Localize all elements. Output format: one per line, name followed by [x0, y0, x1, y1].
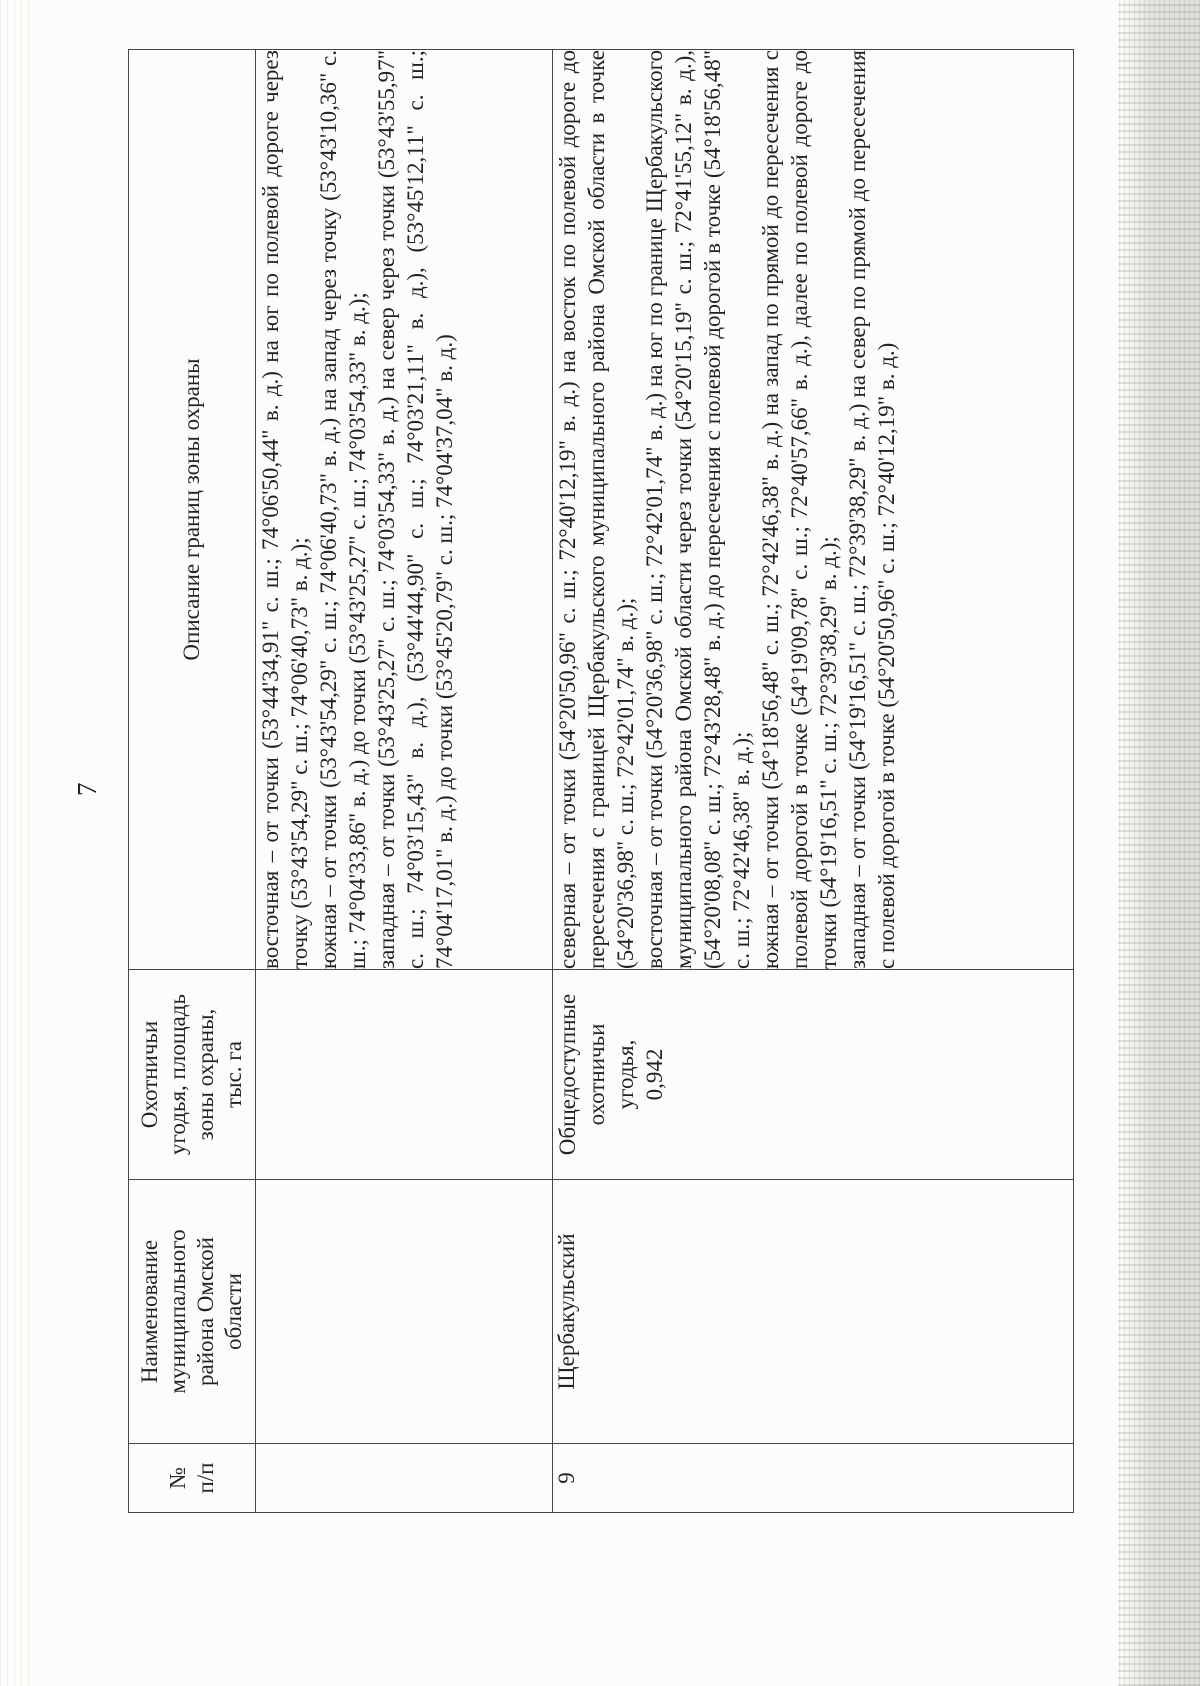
- cell-hunting-grounds: Общедоступные охотничьи угодья, 0,942: [553, 970, 1074, 1180]
- description-paragraph-east: восточная – от точки (53°44'34,91" с. ш.…: [256, 50, 314, 969]
- cell-hunting-grounds: [256, 970, 553, 1180]
- description-paragraph-west: западная – от точки (54°19'16,51" с. ш.;…: [843, 50, 901, 969]
- cell-row-number: 9: [553, 1444, 1074, 1513]
- header-municipal-district: Наименование муниципального района Омско…: [129, 1180, 256, 1444]
- scan-artifact-streaks: [0, 0, 30, 1686]
- page-number: 7: [72, 783, 102, 797]
- cell-borders-description: восточная – от точки (53°44'34,91" с. ш.…: [256, 50, 553, 970]
- scanned-document-page: 7 № п/п Наименование муниципального райо…: [0, 0, 1200, 1686]
- header-hunting-grounds-area: Охотничьи угодья, площадь зоны охраны, т…: [129, 970, 256, 1180]
- rotated-landscape-page: 7 № п/п Наименование муниципального райо…: [0, 0, 1200, 1686]
- description-paragraph-east: восточная – от точки (54°20'36,98" с. ш.…: [640, 50, 756, 969]
- cell-row-number: [256, 1444, 553, 1513]
- description-paragraph-south: южная – от точки (53°43'54,29" с. ш.; 74…: [314, 50, 372, 969]
- table-row-continuation: восточная – от точки (53°44'34,91" с. ш.…: [256, 50, 553, 1513]
- protection-zone-borders-table: № п/п Наименование муниципального района…: [128, 49, 1074, 1513]
- description-paragraph-west: западная – от точки (53°43'25,27" с. ш.;…: [372, 50, 459, 969]
- scan-artifact-edge-band: [1118, 0, 1200, 1686]
- cell-borders-description: северная – от точки (54°20'50,96" с. ш.;…: [553, 50, 1074, 970]
- table-row-9: 9 Щербакульский Общедоступные охотничьи …: [553, 50, 1074, 1513]
- description-paragraph-south: южная – от точки (54°18'56,48" с. ш.; 72…: [756, 50, 843, 969]
- description-paragraph-north: северная – от точки (54°20'50,96" с. ш.;…: [553, 50, 640, 969]
- table-header-row: № п/п Наименование муниципального района…: [129, 50, 256, 1513]
- header-zone-borders-description: Описание границ зоны охраны: [129, 50, 256, 970]
- cell-district-name: Щербакульский: [553, 1180, 1074, 1444]
- header-row-number: № п/п: [129, 1444, 256, 1513]
- cell-district-name: [256, 1180, 553, 1444]
